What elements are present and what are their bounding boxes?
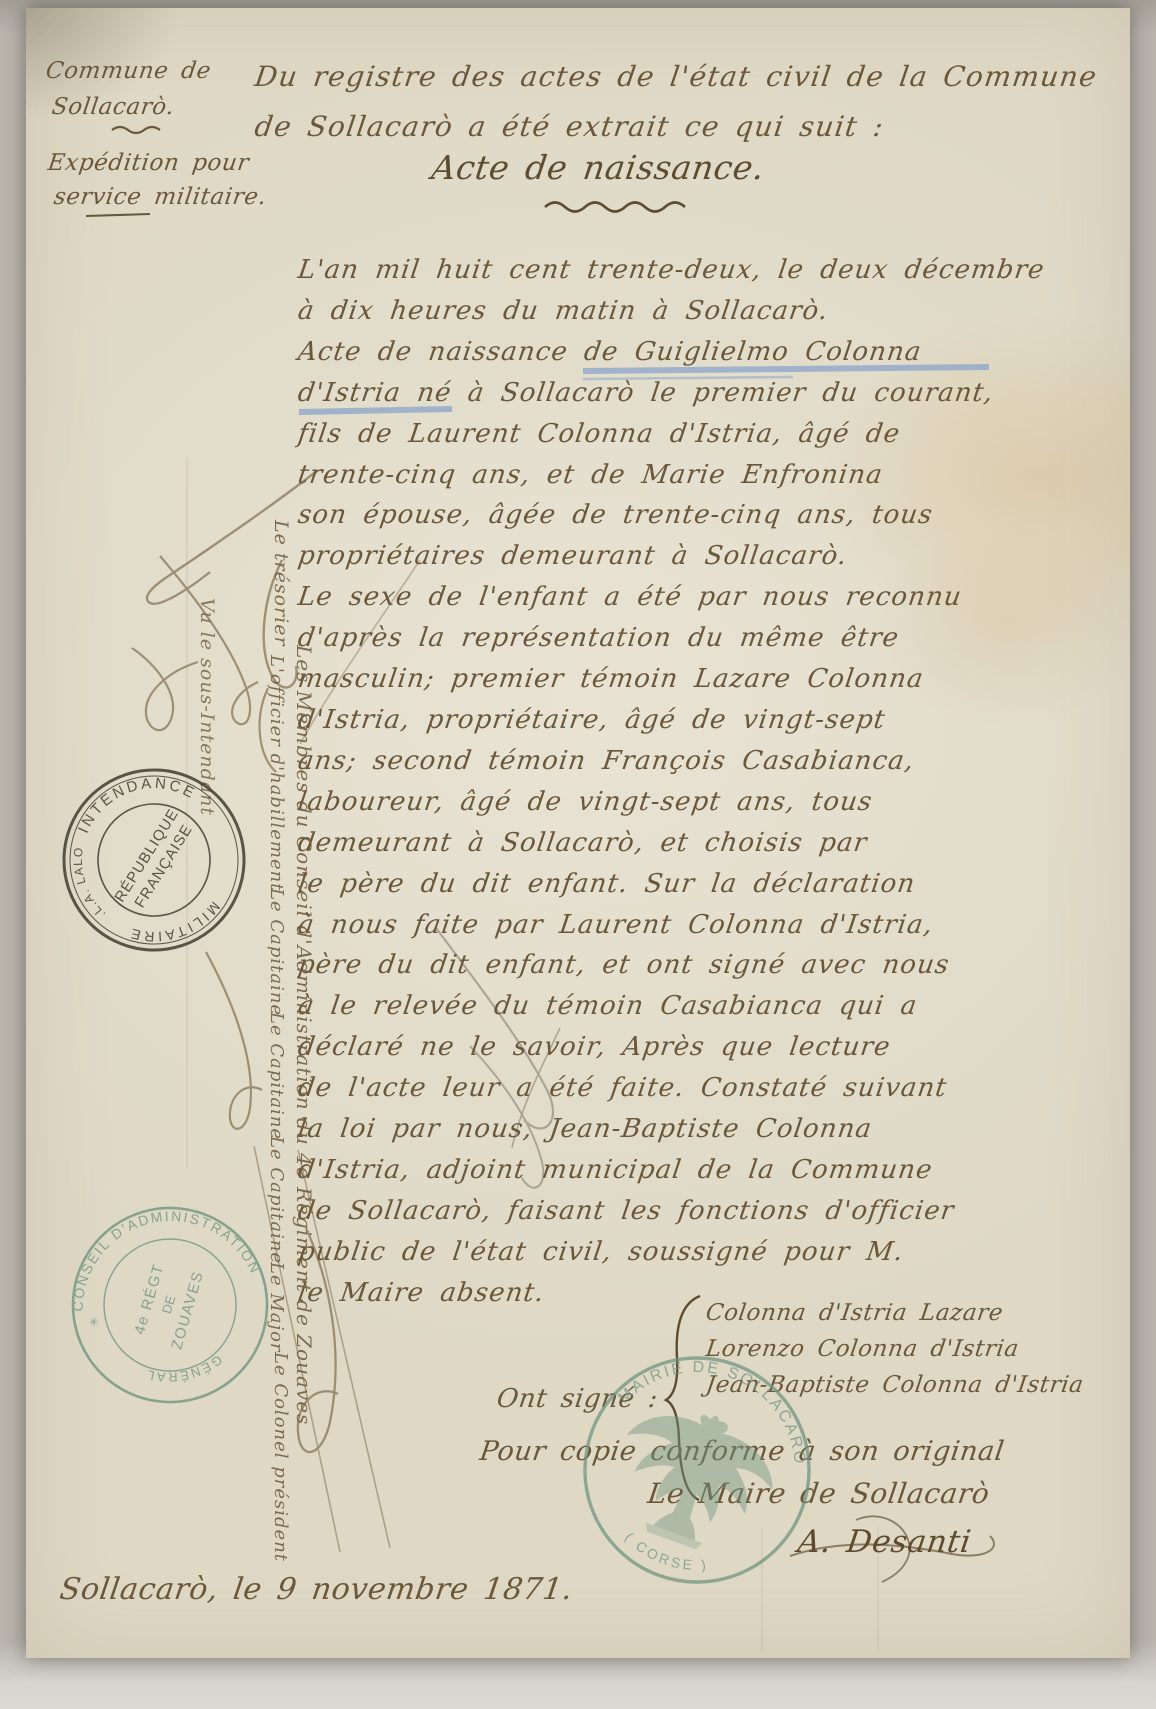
body-line-5: trente-cinq ans, et de Marie Enfronina <box>295 455 1025 496</box>
body-line-11: d'Istria, propriétaire, âgé de vingt-sep… <box>295 700 1025 741</box>
body-line-21: la loi par nous, Jean-Baptiste Colonna <box>295 1109 1025 1150</box>
body-line-20: de l'acte leur a été faite. Constaté sui… <box>295 1068 1025 1109</box>
body-line-23: de Sollacarò, faisant les fonctions d'of… <box>295 1191 1025 1232</box>
mayor-office-line: Le Maire de Sollacarò <box>646 1477 992 1510</box>
body-text: L'an mil huit cent trente-deux, le deux … <box>298 250 1022 1314</box>
signed-label: Ont signé : <box>495 1384 660 1414</box>
margin-captain1-label: Le Capitaine <box>266 888 287 1016</box>
corner-note-line4: service militaire. <box>52 184 268 210</box>
corner-note-line2: Sollacarò. <box>50 94 176 120</box>
body-line-2: Acte de naissance de Guiglielmo Colonna <box>295 332 1025 373</box>
photo-frame: Commune de Sollacarò. Expédition pour se… <box>0 0 1156 1709</box>
corner-note-line1: Commune de <box>44 58 213 84</box>
margin-major-label: Le Major <box>266 1262 287 1353</box>
signed-name-2: Lorenzo Colonna d'Istria <box>704 1336 1020 1362</box>
body-line-3: d'Istria né à Sollacarò le premier du co… <box>295 373 1025 414</box>
body-line-10: masculin; premier témoin Lazare Colonna <box>295 659 1025 700</box>
signed-name-3: Jean-Baptiste Colonna d'Istria <box>704 1372 1085 1398</box>
body-line-8: Le sexe de l'enfant a été par nous recon… <box>295 577 1025 618</box>
margin-intendant-label: Vu le sous-Intendant <box>196 598 218 816</box>
body-line-17: père du dit enfant, et ont signé avec no… <box>295 945 1025 986</box>
margin-captain3-label: Le Capitaine <box>266 1136 287 1264</box>
header-line1: Du registre des actes de l'état civil de… <box>253 60 1100 93</box>
signed-name-1: Colonna d'Istria Lazare <box>704 1300 1005 1326</box>
body-line-7: propriétaires demeurant à Sollacarò. <box>295 536 1025 577</box>
body-line-16: à nous faite par Laurent Colonna d'Istri… <box>295 905 1025 946</box>
corner-note-line3: Expédition pour <box>46 150 251 176</box>
body-line-15: le père du dit enfant. Sur la déclaratio… <box>295 864 1025 905</box>
header-line2: de Sollacarò a été extrait ce qui suit : <box>253 110 887 143</box>
margin-captain2-label: Le Capitaine <box>266 1012 287 1140</box>
body-line-19: déclaré ne le savoir, Après que lecture <box>295 1027 1025 1068</box>
body-line-18: à le relevée du témoin Casabianca qui a <box>295 986 1025 1027</box>
body-line-4: fils de Laurent Colonna d'Istria, âgé de <box>295 414 1025 455</box>
body-line-14: demeurant à Sollacarò, et choisis par <box>295 823 1025 864</box>
body-line-6: son épouse, âgée de trente-cinq ans, tou… <box>295 495 1025 536</box>
certification-line: Pour copie conforme à son original <box>478 1436 1007 1467</box>
document-title: Acte de naissance. <box>429 148 767 187</box>
mayor-signature: A. Desanti <box>795 1524 973 1560</box>
margin-clothing-officer-label: L'officier d'habillement <box>266 655 287 891</box>
margin-colonel-label: Le Colonel président <box>270 1352 291 1562</box>
margin-council-label: Les Membres du Conseil d'Administration … <box>292 645 316 1425</box>
margin-treasurer-label: Le trésorier <box>270 520 292 647</box>
place-date-line: Sollacarò, le 9 novembre 1871. <box>58 1572 576 1607</box>
body-line-24: public de l'état civil, soussigné pour M… <box>295 1232 1025 1273</box>
body-line-22: d'Istria, adjoint municipal de la Commun… <box>295 1150 1025 1191</box>
body-line-1: à dix heures du matin à Sollacarò. <box>295 291 1025 332</box>
body-line-12: ans; second témoin François Casabianca, <box>295 741 1025 782</box>
body-line-0: L'an mil huit cent trente-deux, le deux … <box>295 250 1025 291</box>
body-line-13: laboureur, âgé de vingt-sept ans, tous <box>295 782 1025 823</box>
body-line-9: d'après la représentation du même être <box>295 618 1025 659</box>
